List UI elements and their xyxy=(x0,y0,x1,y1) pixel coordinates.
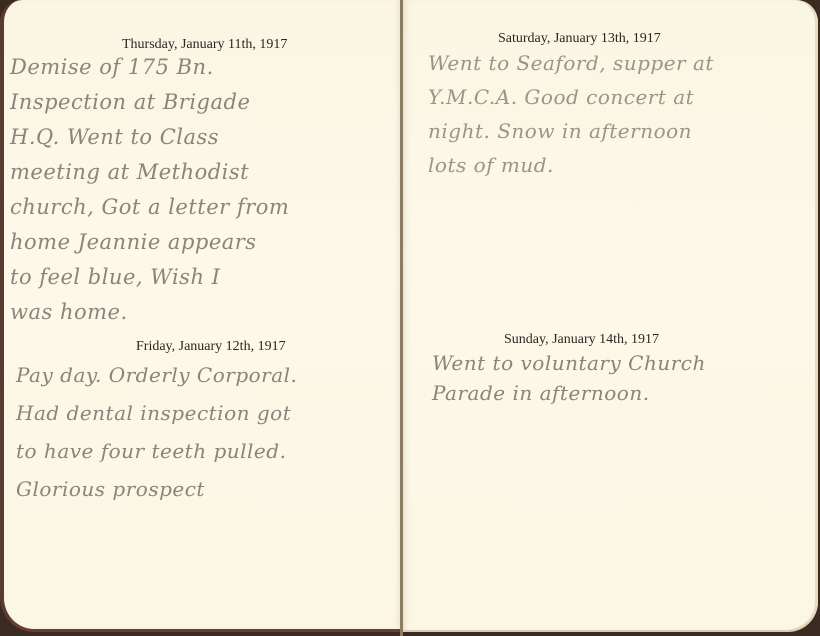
diary-entry-jan-14: Sunday, January 14th, 1917 Went to volun… xyxy=(402,320,818,620)
entry-line: meeting at Methodist xyxy=(10,155,289,190)
entry-line: H.Q. Went to Class xyxy=(10,120,289,155)
entry-text: Pay day. Orderly Corporal. Had dental in… xyxy=(16,356,297,508)
entry-line: to feel blue, Wish I xyxy=(10,260,289,295)
entry-line: Inspection at Brigade xyxy=(10,85,289,120)
book-spine-gutter xyxy=(400,0,403,636)
entry-line: Demise of 175 Bn. xyxy=(10,50,289,85)
diary-entry-jan-13: Saturday, January 13th, 1917 Went to Sea… xyxy=(402,0,818,320)
entry-text: Demise of 175 Bn. Inspection at Brigade … xyxy=(10,50,289,330)
left-page: Thursday, January 11th, 1917 Demise of 1… xyxy=(0,0,402,632)
diary-entry-jan-11: Thursday, January 11th, 1917 Demise of 1… xyxy=(4,0,402,320)
entry-text: Went to voluntary Church Parade in after… xyxy=(432,348,706,408)
date-heading: Friday, January 12th, 1917 xyxy=(136,339,286,355)
entry-line: Y.M.C.A. Good concert at xyxy=(428,80,714,114)
diary-spread: Thursday, January 11th, 1917 Demise of 1… xyxy=(0,0,820,636)
entry-line: Parade in afternoon. xyxy=(432,378,706,408)
entry-line: Pay day. Orderly Corporal. xyxy=(16,356,297,394)
entry-line: night. Snow in afternoon xyxy=(428,114,714,148)
entry-line: Had dental inspection got xyxy=(16,394,297,432)
entry-line: home Jeannie appears xyxy=(10,225,289,260)
entry-line: Went to voluntary Church xyxy=(432,348,706,378)
entry-line: Glorious prospect xyxy=(16,470,297,508)
date-heading: Sunday, January 14th, 1917 xyxy=(504,332,659,348)
entry-line: church, Got a letter from xyxy=(10,190,289,225)
entry-line: Went to Seaford, supper at xyxy=(428,46,714,80)
entry-line: to have four teeth pulled. xyxy=(16,432,297,470)
right-page: Saturday, January 13th, 1917 Went to Sea… xyxy=(402,0,818,632)
diary-entry-jan-12: Friday, January 12th, 1917 Pay day. Orde… xyxy=(4,320,402,620)
entry-line: lots of mud. xyxy=(428,148,714,182)
date-heading: Saturday, January 13th, 1917 xyxy=(498,31,661,47)
entry-text: Went to Seaford, supper at Y.M.C.A. Good… xyxy=(428,46,714,182)
